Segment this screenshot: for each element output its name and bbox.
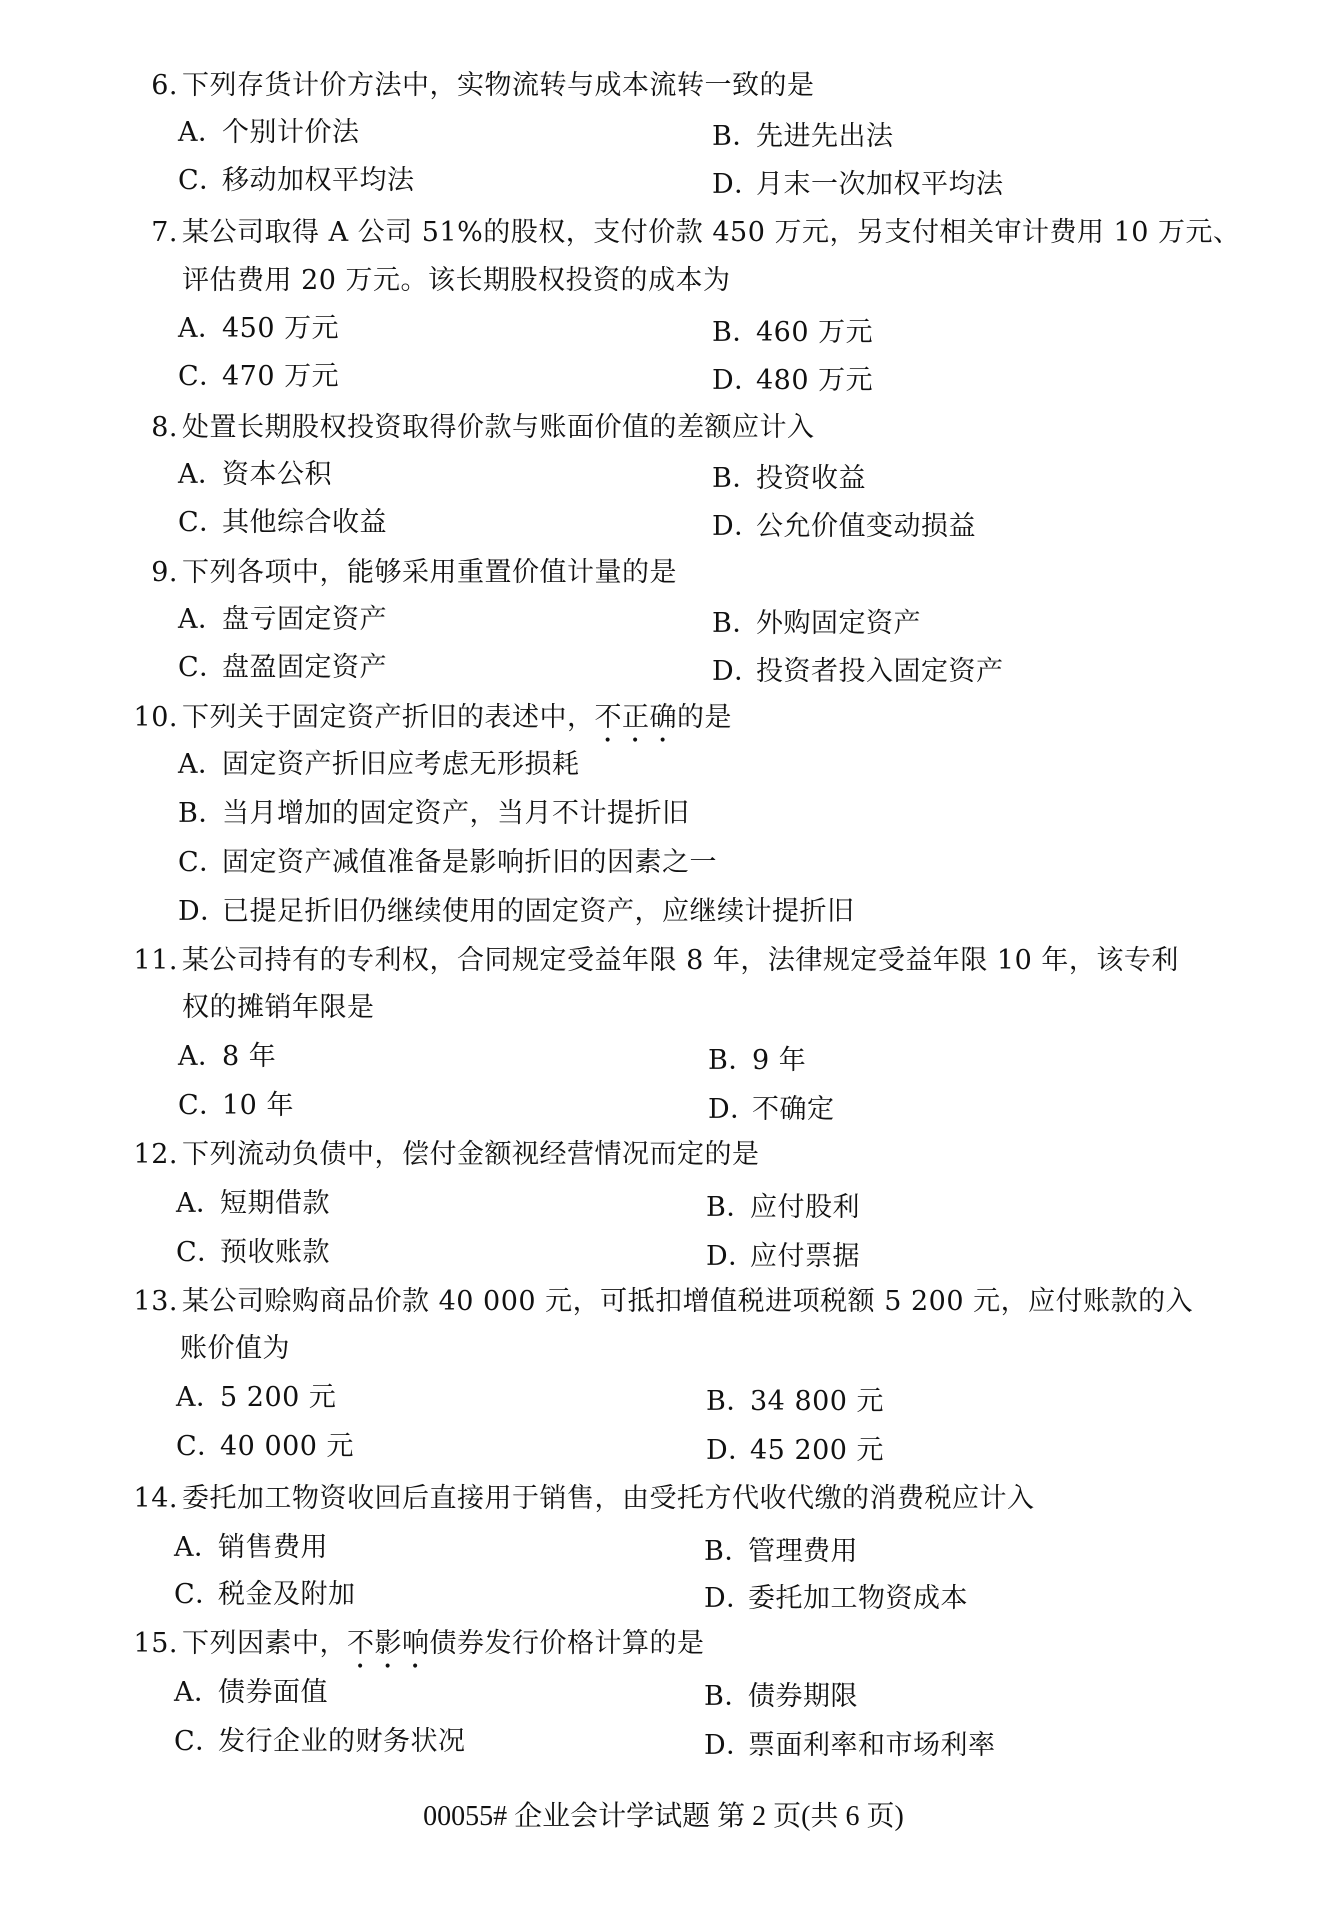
option-text: 盘亏固定资产 bbox=[222, 604, 387, 635]
option-label: B． bbox=[712, 607, 756, 641]
page-footer: 00055# 企业会计学试题 第 2 页(共 6 页) bbox=[0, 1800, 1327, 1834]
question-number: 9. bbox=[130, 556, 178, 590]
option-d: D．月末一次加权平均法 bbox=[712, 168, 1004, 202]
option-c: C．固定资产减值准备是影响折旧的因素之一 bbox=[178, 846, 717, 880]
question-number: 11. bbox=[130, 944, 178, 978]
question-text-part: 下列关于固定资产折旧的表述中， bbox=[182, 702, 595, 733]
question-text: 委托加工物资收回后直接用于销售，由受托方代收代缴的消费税应计入 bbox=[182, 1482, 1035, 1516]
option-a: A．8 年 bbox=[178, 1040, 276, 1074]
option-label: A． bbox=[178, 748, 222, 782]
option-text: 40 000 元 bbox=[220, 1431, 354, 1462]
option-text: 不确定 bbox=[752, 1094, 835, 1125]
option-label: B． bbox=[712, 120, 756, 154]
option-text: 8 年 bbox=[222, 1041, 276, 1072]
option-label: C． bbox=[176, 1430, 220, 1464]
option-d: D．应付票据 bbox=[706, 1240, 860, 1274]
option-label: B． bbox=[706, 1385, 750, 1419]
option-label: C． bbox=[174, 1725, 218, 1759]
option-text: 盘盈固定资产 bbox=[222, 652, 387, 683]
question-text: 下列关于固定资产折旧的表述中，不正确的是 bbox=[182, 701, 732, 749]
option-a: A．固定资产折旧应考虑无形损耗 bbox=[178, 748, 580, 782]
option-text: 470 万元 bbox=[222, 361, 339, 392]
option-text: 公允价值变动损益 bbox=[756, 511, 976, 542]
option-text: 已提足折旧仍继续使用的固定资产，应继续计提折旧 bbox=[222, 896, 855, 927]
emphasized-text: 不正确 bbox=[595, 702, 678, 733]
option-b: B．先进先出法 bbox=[712, 120, 894, 154]
option-b: B．应付股利 bbox=[706, 1191, 860, 1225]
option-text: 固定资产折旧应考虑无形损耗 bbox=[222, 749, 580, 780]
option-text: 预收账款 bbox=[220, 1237, 330, 1268]
exam-page: 6. 下列存货计价方法中，实物流转与成本流转一致的是 A．个别计价法 B．先进先… bbox=[0, 0, 1327, 1927]
option-text: 480 万元 bbox=[756, 365, 873, 396]
question-text-continued: 权的摊销年限是 bbox=[182, 991, 375, 1025]
option-text: 个别计价法 bbox=[222, 117, 360, 148]
question-number: 13. bbox=[130, 1285, 178, 1319]
option-label: A． bbox=[174, 1531, 218, 1565]
option-c: C．税金及附加 bbox=[174, 1578, 356, 1612]
option-label: B． bbox=[704, 1680, 748, 1714]
option-b: B．当月增加的固定资产，当月不计提折旧 bbox=[178, 797, 690, 831]
option-label: C． bbox=[174, 1578, 218, 1612]
option-label: A． bbox=[176, 1381, 220, 1415]
option-text: 资本公积 bbox=[222, 459, 332, 490]
option-c: C．发行企业的财务状况 bbox=[174, 1725, 466, 1759]
option-text: 应付股利 bbox=[750, 1192, 860, 1223]
option-label: D． bbox=[706, 1240, 750, 1274]
option-d: D．公允价值变动损益 bbox=[712, 510, 976, 544]
option-text: 应付票据 bbox=[750, 1241, 860, 1272]
option-label: D． bbox=[712, 510, 756, 544]
option-label: A． bbox=[178, 312, 222, 346]
question-text: 某公司持有的专利权，合同规定受益年限 8 年，法律规定受益年限 10 年，该专利 bbox=[182, 944, 1179, 978]
option-d: D．投资者投入固定资产 bbox=[712, 655, 1004, 689]
option-label: A． bbox=[178, 116, 222, 150]
option-label: C． bbox=[176, 1236, 220, 1270]
option-text: 固定资产减值准备是影响折旧的因素之一 bbox=[222, 847, 717, 878]
option-label: C． bbox=[178, 846, 222, 880]
option-label: D． bbox=[712, 655, 756, 689]
option-d: D．票面利率和市场利率 bbox=[704, 1729, 996, 1763]
option-c: C．470 万元 bbox=[178, 360, 339, 394]
question-number: 10. bbox=[130, 701, 178, 735]
option-a: A．资本公积 bbox=[178, 458, 332, 492]
option-text: 月末一次加权平均法 bbox=[756, 169, 1004, 200]
option-c: C．预收账款 bbox=[176, 1236, 330, 1270]
option-label: A． bbox=[176, 1187, 220, 1221]
option-label: C． bbox=[178, 164, 222, 198]
option-a: A．个别计价法 bbox=[178, 116, 360, 150]
option-text: 移动加权平均法 bbox=[222, 165, 415, 196]
option-c: C．40 000 元 bbox=[176, 1430, 354, 1464]
option-text: 票面利率和市场利率 bbox=[748, 1730, 996, 1761]
option-text: 10 年 bbox=[222, 1090, 294, 1121]
question-text: 某公司赊购商品价款 40 000 元，可抵扣增值税进项税额 5 200 元，应付… bbox=[182, 1285, 1193, 1319]
question-text-continued: 评估费用 20 万元。该长期股权投资的成本为 bbox=[182, 264, 731, 298]
option-label: B． bbox=[704, 1535, 748, 1569]
question-number: 14. bbox=[130, 1482, 178, 1516]
option-text: 其他综合收益 bbox=[222, 507, 387, 538]
option-c: C．其他综合收益 bbox=[178, 506, 387, 540]
question-text: 下列存货计价方法中，实物流转与成本流转一致的是 bbox=[182, 69, 815, 103]
option-label: B． bbox=[708, 1044, 752, 1078]
option-text: 短期借款 bbox=[220, 1188, 330, 1219]
question-text: 处置长期股权投资取得价款与账面价值的差额应计入 bbox=[182, 411, 815, 445]
question-number: 8. bbox=[130, 411, 178, 445]
question-text-continued: 账价值为 bbox=[180, 1332, 290, 1366]
option-c: C．盘盈固定资产 bbox=[178, 651, 387, 685]
option-d: D．480 万元 bbox=[712, 364, 873, 398]
option-label: A． bbox=[178, 458, 222, 492]
option-text: 债券期限 bbox=[748, 1681, 858, 1712]
option-a: A．450 万元 bbox=[178, 312, 339, 346]
option-text: 450 万元 bbox=[222, 313, 339, 344]
option-label: C． bbox=[178, 1089, 222, 1123]
option-text: 5 200 元 bbox=[220, 1382, 336, 1413]
option-a: A．债券面值 bbox=[174, 1676, 328, 1710]
option-b: B．460 万元 bbox=[712, 316, 873, 350]
option-label: B． bbox=[712, 316, 756, 350]
option-a: A．5 200 元 bbox=[176, 1381, 336, 1415]
option-text: 460 万元 bbox=[756, 317, 873, 348]
option-d: D．委托加工物资成本 bbox=[704, 1582, 968, 1616]
option-b: B．9 年 bbox=[708, 1044, 806, 1078]
option-label: C． bbox=[178, 506, 222, 540]
option-label: A． bbox=[174, 1676, 218, 1710]
option-a: A．销售费用 bbox=[174, 1531, 328, 1565]
option-text: 34 800 元 bbox=[750, 1386, 884, 1417]
option-label: C． bbox=[178, 360, 222, 394]
question-text: 某公司取得 A 公司 51%的股权，支付价款 450 万元，另支付相关审计费用 … bbox=[182, 216, 1240, 250]
option-b: B．管理费用 bbox=[704, 1535, 858, 1569]
option-d: D．45 200 元 bbox=[706, 1434, 884, 1468]
question-text: 下列流动负债中，偿付金额视经营情况而定的是 bbox=[182, 1138, 760, 1172]
question-number: 12. bbox=[130, 1138, 178, 1172]
option-a: A．短期借款 bbox=[176, 1187, 330, 1221]
option-text: 债券面值 bbox=[218, 1677, 328, 1708]
option-text: 外购固定资产 bbox=[756, 608, 921, 639]
question-number: 15. bbox=[130, 1627, 178, 1661]
option-d: D．不确定 bbox=[708, 1093, 835, 1127]
option-text: 投资收益 bbox=[756, 463, 866, 494]
option-label: D． bbox=[712, 364, 756, 398]
option-b: B．债券期限 bbox=[704, 1680, 858, 1714]
option-text: 投资者投入固定资产 bbox=[756, 656, 1004, 687]
question-number: 6. bbox=[130, 69, 178, 103]
option-label: D． bbox=[704, 1729, 748, 1763]
option-label: D． bbox=[706, 1434, 750, 1468]
question-text-part: 下列因素中， bbox=[182, 1628, 347, 1659]
emphasized-text: 不影响 bbox=[347, 1628, 430, 1659]
question-text: 下列因素中，不影响债券发行价格计算的是 bbox=[182, 1627, 705, 1675]
option-label: A． bbox=[178, 1040, 222, 1074]
option-text: 当月增加的固定资产，当月不计提折旧 bbox=[222, 798, 690, 829]
option-text: 发行企业的财务状况 bbox=[218, 1726, 466, 1757]
question-text-part: 债券发行价格计算的是 bbox=[430, 1628, 705, 1659]
question-text-part: 的是 bbox=[677, 702, 732, 733]
option-label: D． bbox=[712, 168, 756, 202]
option-label: D． bbox=[704, 1582, 748, 1616]
option-label: B． bbox=[712, 462, 756, 496]
option-b: B．外购固定资产 bbox=[712, 607, 921, 641]
option-label: D． bbox=[178, 895, 222, 929]
option-text: 管理费用 bbox=[748, 1536, 858, 1567]
question-number: 7. bbox=[130, 216, 178, 250]
option-text: 销售费用 bbox=[218, 1532, 328, 1563]
option-label: C． bbox=[178, 651, 222, 685]
question-text: 下列各项中，能够采用重置价值计量的是 bbox=[182, 556, 677, 590]
option-d: D．已提足折旧仍继续使用的固定资产，应继续计提折旧 bbox=[178, 895, 855, 929]
option-b: B．34 800 元 bbox=[706, 1385, 884, 1419]
option-text: 45 200 元 bbox=[750, 1435, 884, 1466]
option-text: 9 年 bbox=[752, 1045, 806, 1076]
option-text: 委托加工物资成本 bbox=[748, 1583, 968, 1614]
option-c: C．移动加权平均法 bbox=[178, 164, 415, 198]
option-c: C．10 年 bbox=[178, 1089, 294, 1123]
option-a: A．盘亏固定资产 bbox=[178, 603, 387, 637]
option-label: A． bbox=[178, 603, 222, 637]
option-label: D． bbox=[708, 1093, 752, 1127]
option-text: 先进先出法 bbox=[756, 121, 894, 152]
option-label: B． bbox=[706, 1191, 750, 1225]
option-b: B．投资收益 bbox=[712, 462, 866, 496]
option-text: 税金及附加 bbox=[218, 1579, 356, 1610]
option-label: B． bbox=[178, 797, 222, 831]
